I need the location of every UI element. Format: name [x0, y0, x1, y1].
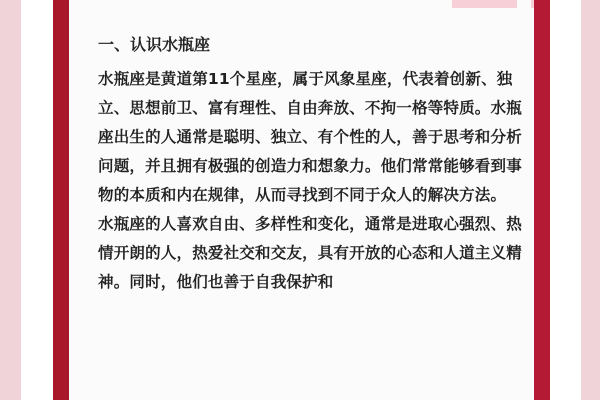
section-heading: 一、认识水瓶座 [98, 34, 523, 56]
left-frame-border [53, 0, 69, 400]
right-background-strip [581, 0, 600, 400]
right-frame-border [534, 0, 550, 400]
paragraph: 水瓶座是黄道第11个星座，属于风象星座，代表着创新、独立、思想前卫、富有理性、自… [98, 65, 523, 210]
left-background-strip [0, 0, 21, 400]
article-content: 一、认识水瓶座 水瓶座是黄道第11个星座，属于风象星座，代表着创新、独立、思想前… [98, 34, 523, 297]
right-margin [550, 0, 581, 400]
top-decoration [452, 0, 517, 8]
left-margin [21, 0, 53, 400]
paragraph: 水瓶座的人喜欢自由、多样性和变化，通常是进取心强烈、热情开朗的人，热爱社交和交友… [98, 210, 523, 297]
